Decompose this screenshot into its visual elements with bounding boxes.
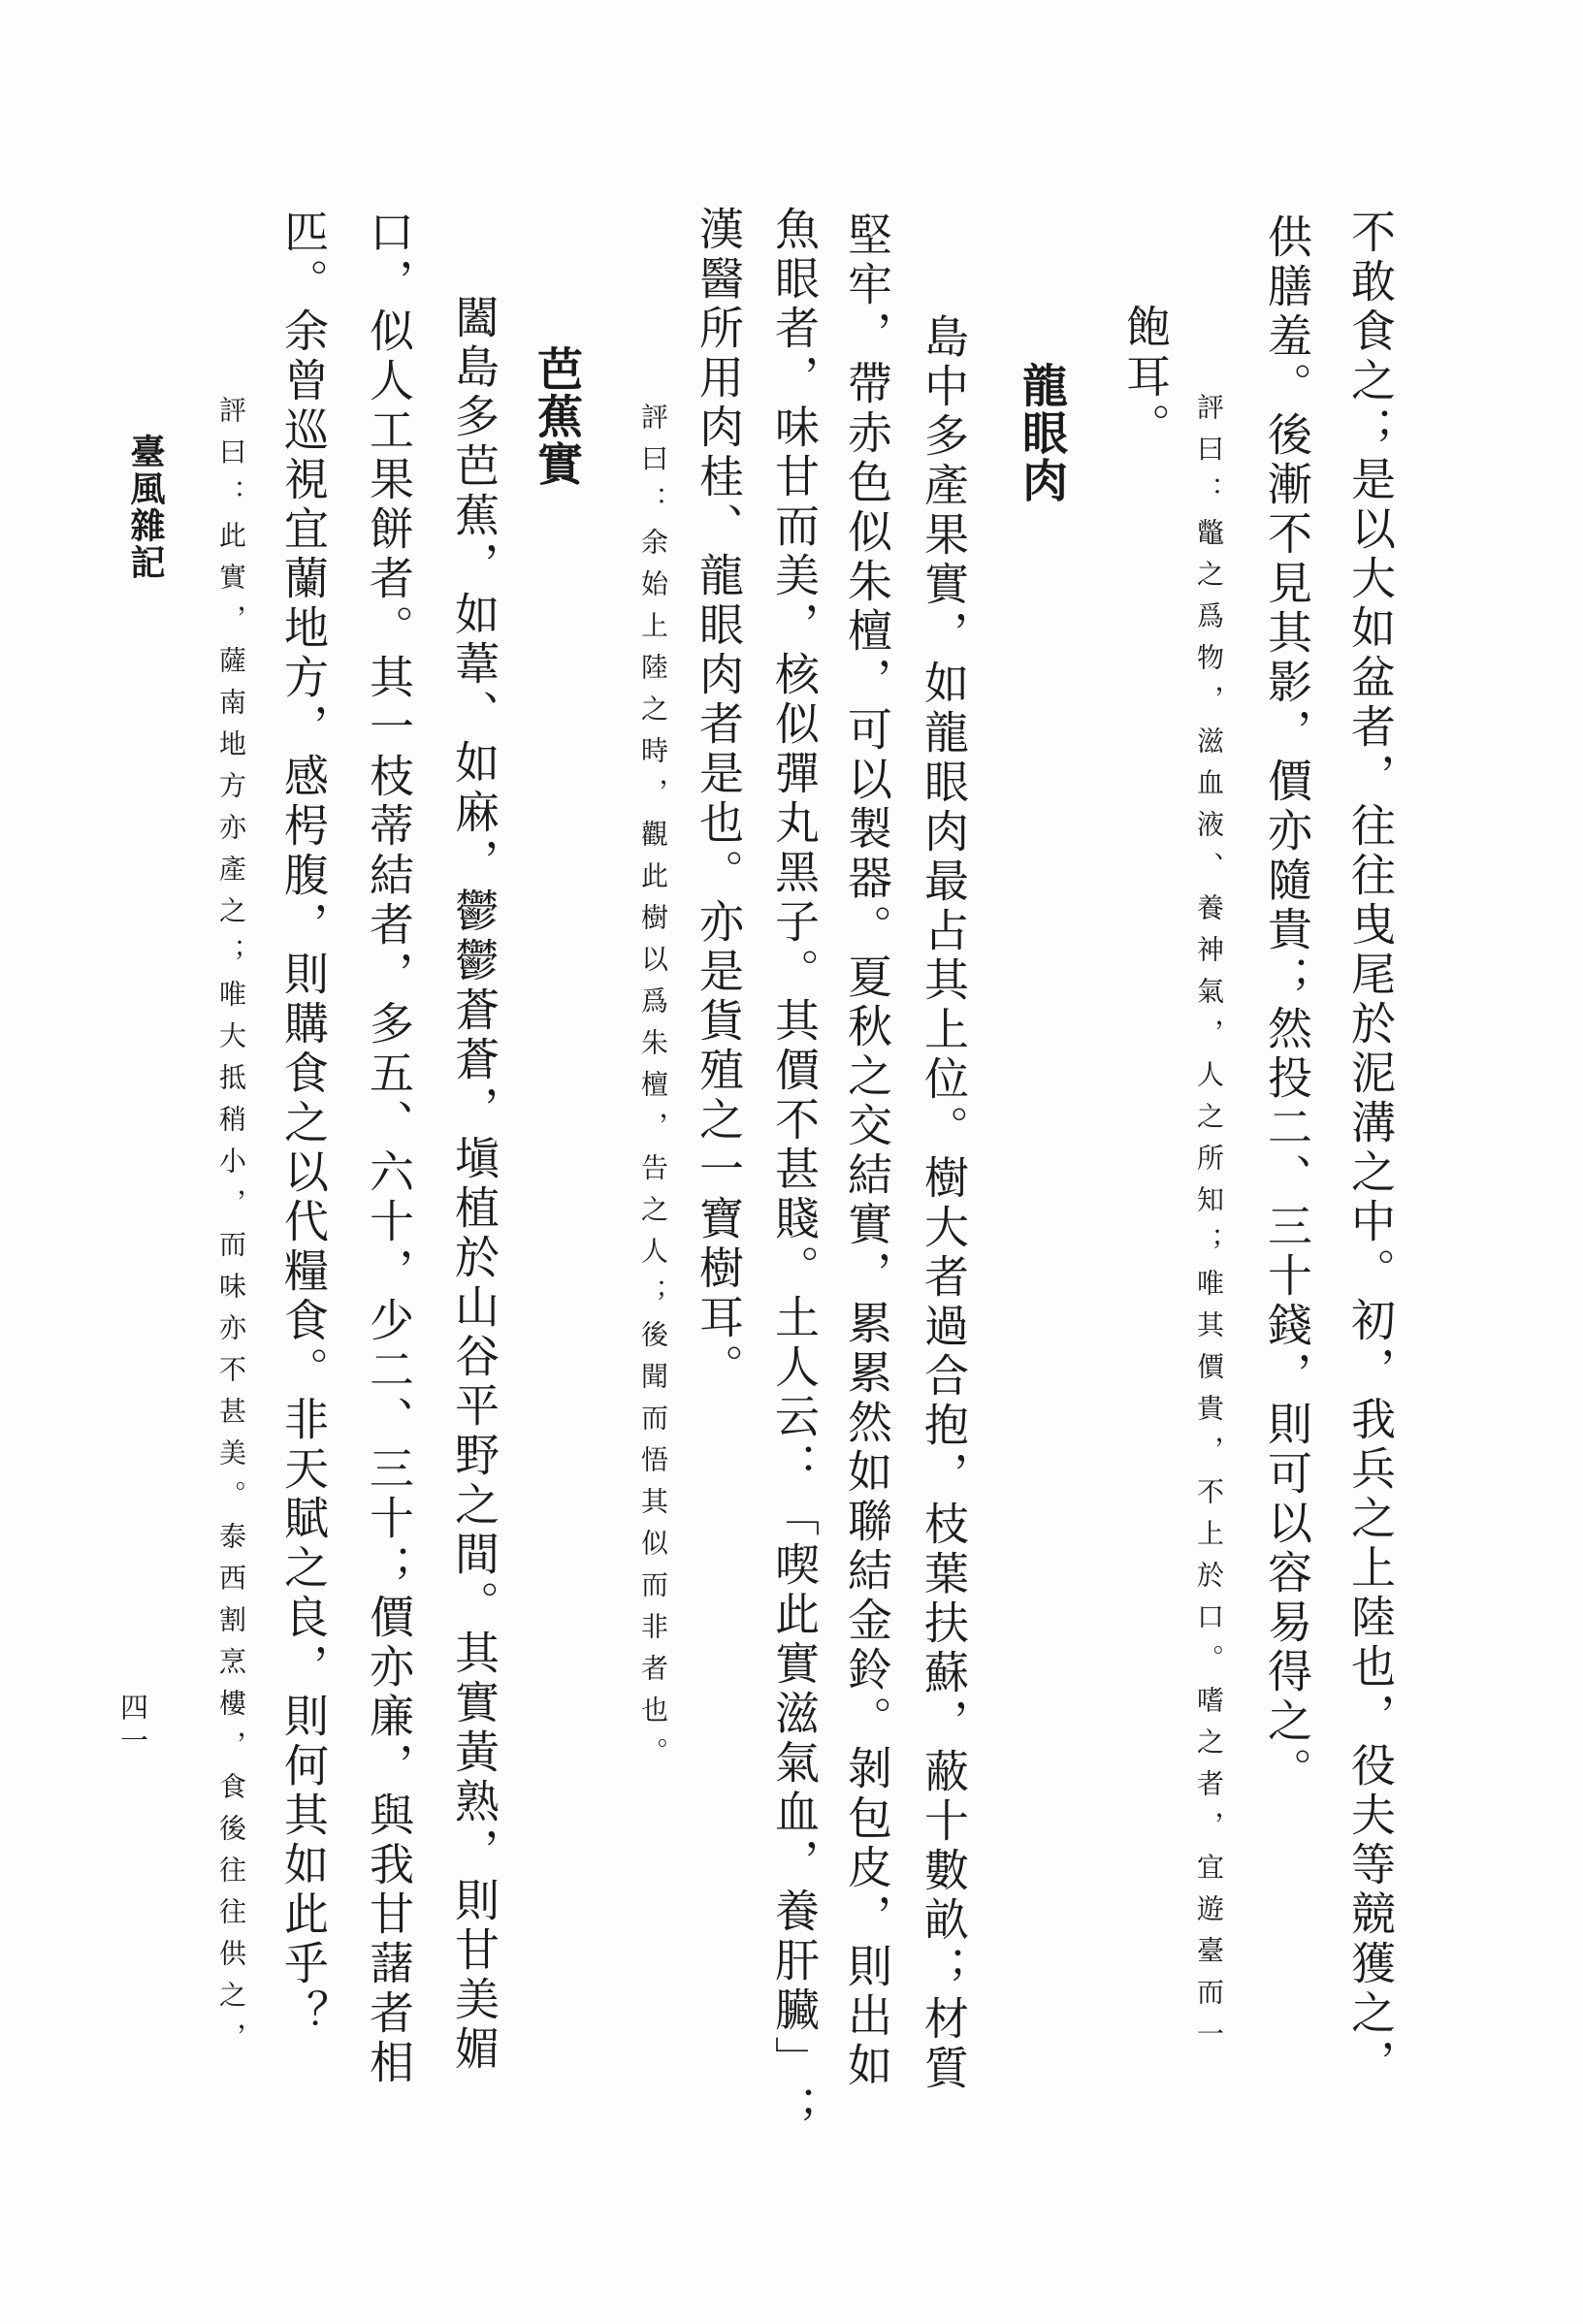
column-08-longan-body: 魚眼者，味甘而美，核似彈丸黑子。其價不甚賤。土人云：「喫此實滋氣血，養肝臟」； <box>771 206 816 2135</box>
column-15-banana-comment: 評曰：此實，薩南地方亦產之；唯大抵稍小，而味亦不甚美。泰西割烹樓，食後往往供之， <box>216 396 243 2064</box>
column-02-turtle-body: 供膳羞。後漸不見其影，價亦隨貴；然投二、三十錢，則可以容易得之。 <box>1264 213 1308 1796</box>
book-title: 臺風雜記 <box>128 434 163 581</box>
column-09-longan-body: 漢醫所用肉桂、龍眼肉者是也。亦是貨殖之一寶樹耳。 <box>695 206 740 1393</box>
column-12-banana-body: 闔島多芭蕉，如葦、如麻，鬱鬱蒼蒼，塡植於山谷平野之間。其實黃熟，則甘美媚 <box>451 294 496 2075</box>
column-01-turtle-body: 不敢食之；是以大如盆者，往往曳尾於泥溝之中。初，我兵之上陸也，役夫等競獲之， <box>1347 209 1392 2088</box>
column-04-turtle-comment-end: 飽耳。 <box>1122 304 1167 452</box>
column-05-longan-section-heading: 龍眼肉 <box>1018 362 1063 504</box>
page-number: 四一 <box>117 1693 145 1759</box>
column-11-banana-section-heading: 芭蕉實 <box>533 345 578 488</box>
column-07-longan-body: 堅牢，帶赤色似朱檀，可以製器。夏秋之交結實，累累然如聯結金鈴。剝包皮，則出如 <box>844 211 888 2091</box>
column-03-turtle-comment: 評曰：鼈之爲物，滋血液、養神氣，人之所知；唯其價貴，不上於口。嗜之者，宜遊臺而一 <box>1194 393 1221 2061</box>
column-10-longan-comment: 評曰：余始上陸之時，觀此樹以爲朱檀，告之人；後聞而悟其似而非者也。 <box>638 403 665 1779</box>
column-06-longan-body: 島中多產果實，如龍眼肉最占其上位。樹大者過合抱，枝葉扶蘇，蔽十數畝；材質 <box>921 313 965 2094</box>
column-14-banana-body: 匹。余曾巡視宜蘭地方，感枵腹，則購食之以代糧食。非天賦之良，則何其如此乎？ <box>280 209 325 2039</box>
column-13-banana-body: 口，似人工果餅者。其一枝蒂結者，多五、六十，少二、三十；價亦廉，與我甘藷者相 <box>366 209 410 2088</box>
scanned-book-page: 不敢食之；是以大如盆者，往往曳尾於泥溝之中。初，我兵之上陸也，役夫等競獲之， 供… <box>0 0 1583 2324</box>
